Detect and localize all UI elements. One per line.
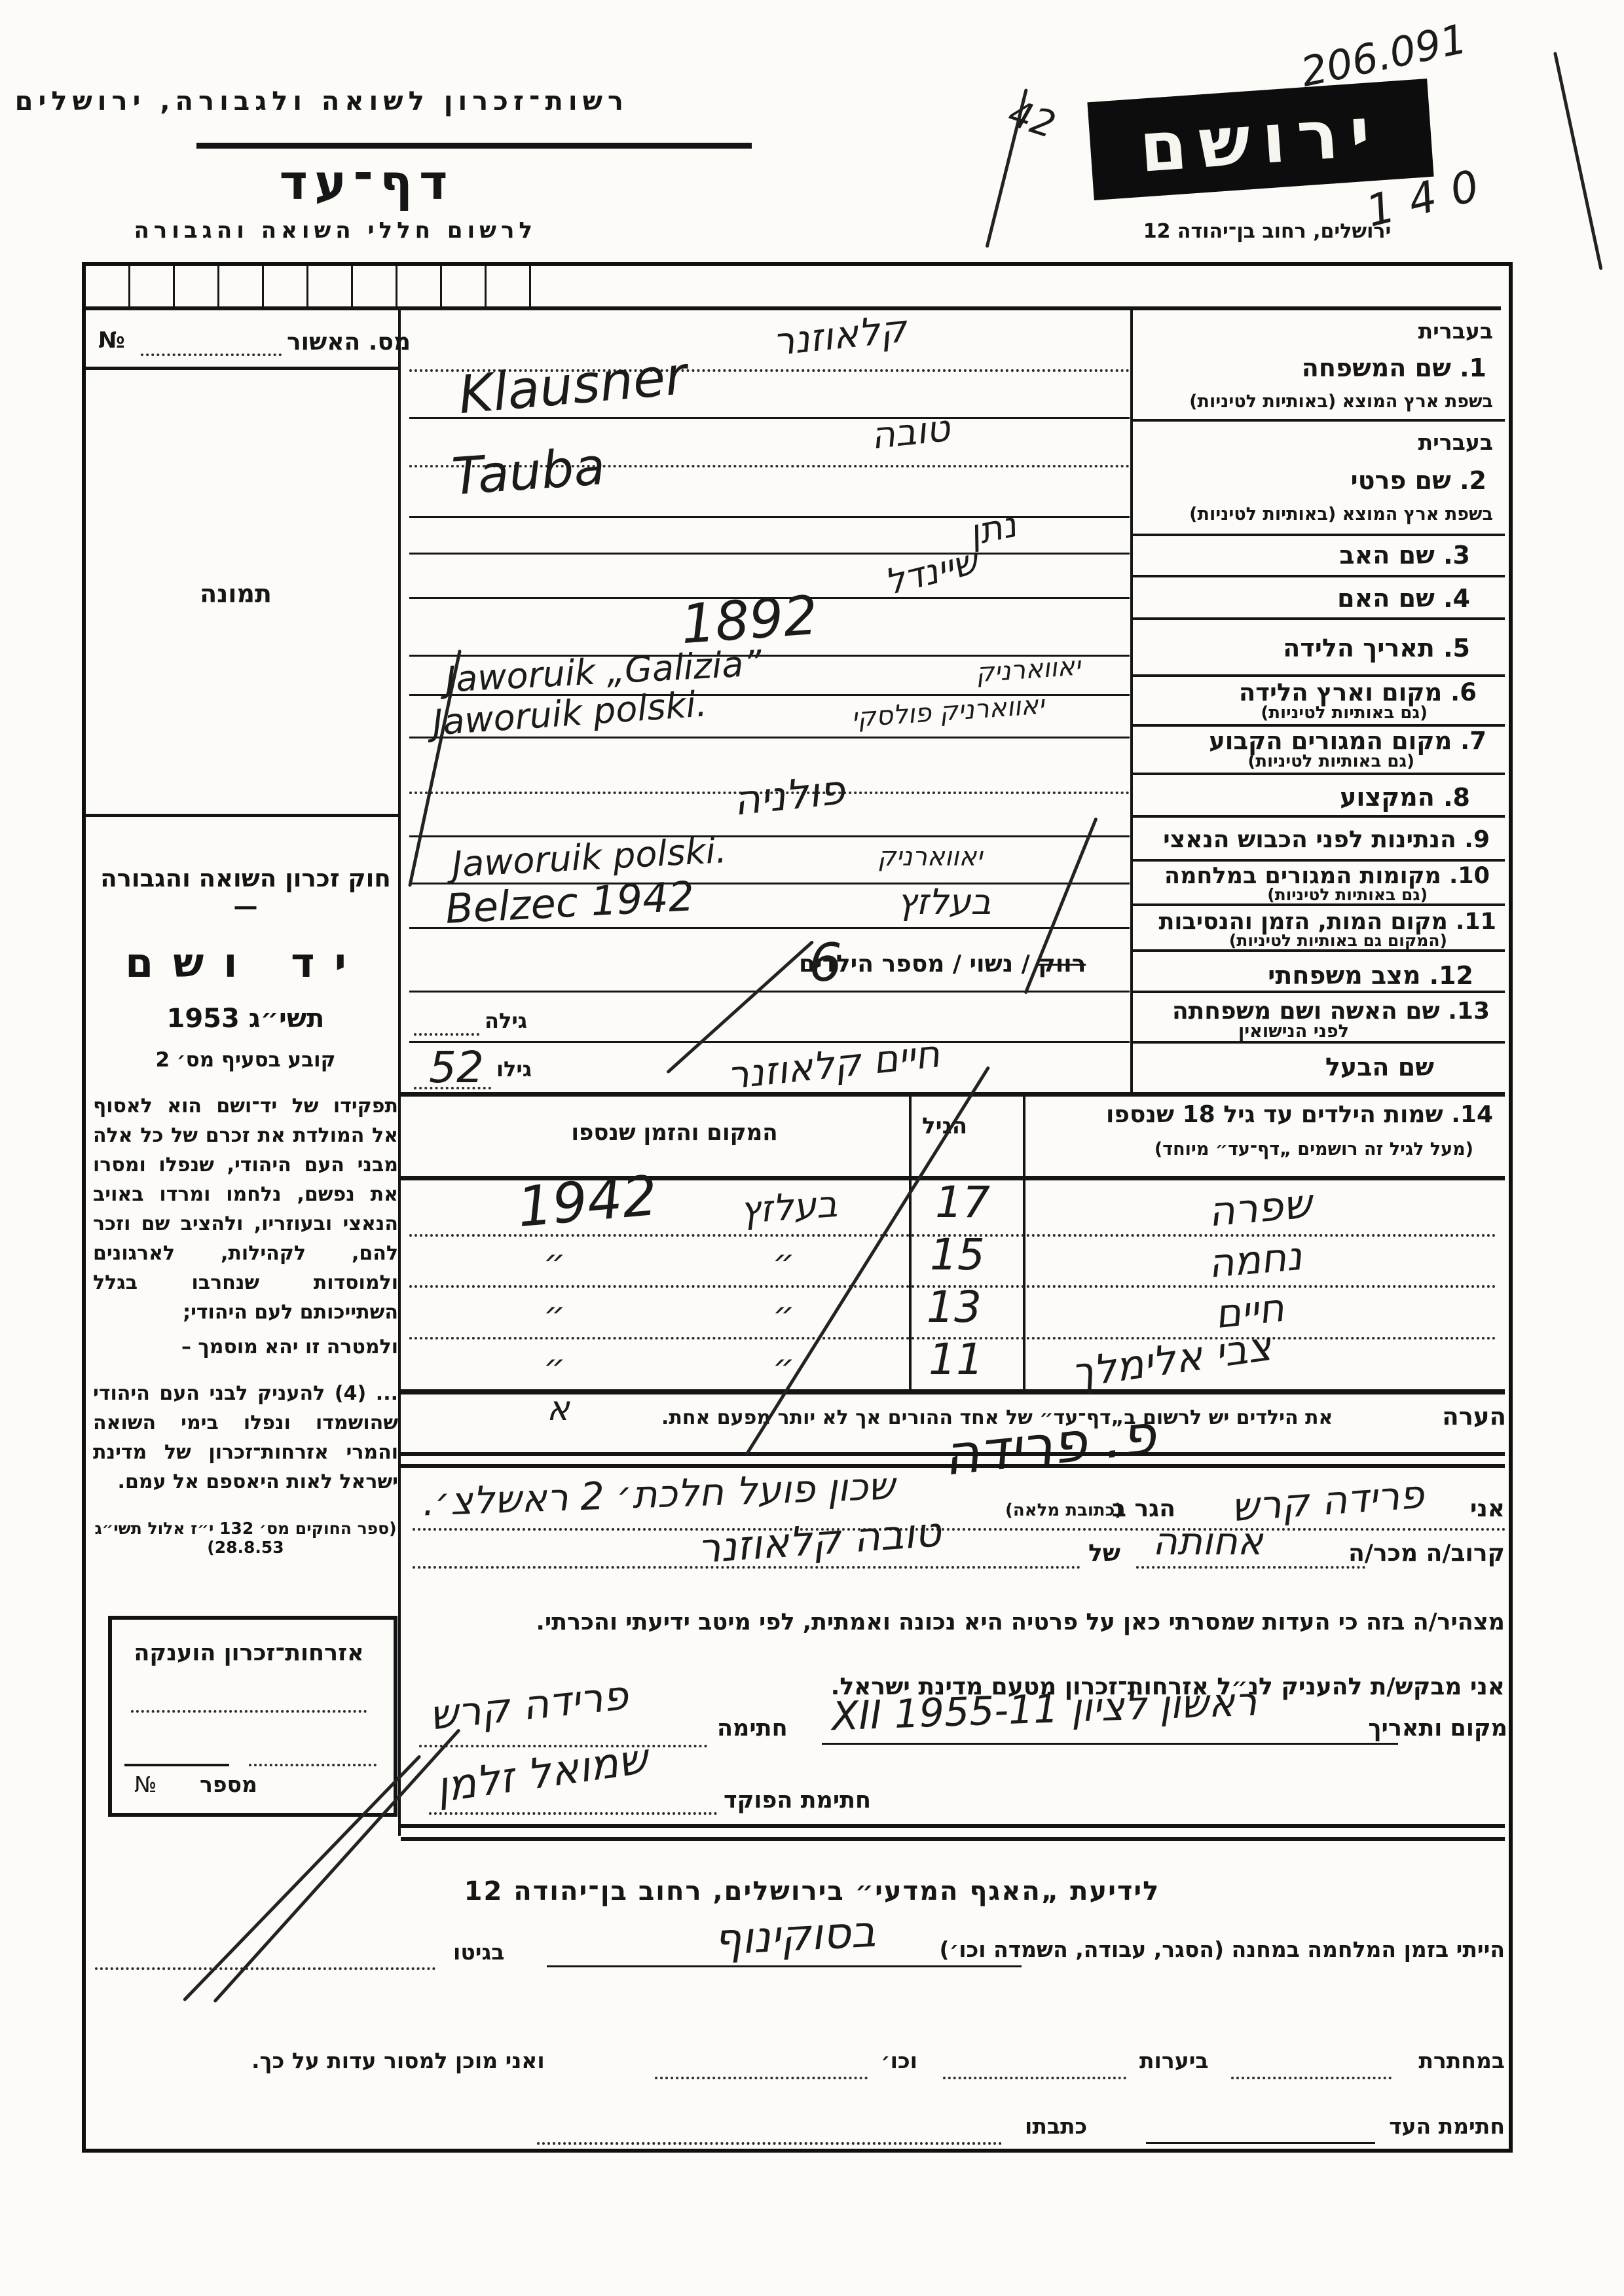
field-6-label: 6. מקום וארץ הלידה [1239, 678, 1477, 706]
photo-placeholder-label: תמונה [157, 579, 314, 608]
numero-sign: № [98, 327, 125, 354]
child-1-year: 1942 [515, 1163, 660, 1239]
child-1-place: בעלזץ [739, 1183, 839, 1232]
science-dept-title: לידיעת „האגף המדעי״ בירושלים, רחוב בן־יה… [354, 1876, 1270, 1906]
etc-label: וכו׳ [881, 2048, 917, 2073]
place-date-line [822, 1743, 1398, 1745]
underground-line [1231, 2077, 1392, 2079]
law-body-2: ולמטרה זו יהא מוסמך – [93, 1332, 398, 1362]
writing-line [409, 835, 1130, 837]
law-clause: קובע בסעיף מס׳ 2 [93, 1048, 398, 1072]
field-11-sublabel: (המקום גם באותיות לטיניות) [1229, 931, 1447, 950]
field-separator [1133, 859, 1505, 862]
writing-line [409, 991, 1130, 993]
citizenship-line [124, 1764, 229, 1766]
ghetto-line [95, 1967, 435, 1970]
strip-bottom-rule [86, 306, 1501, 310]
statement-text: מצהיר/ה בזה כי העדות שמסרתי כאן על פרטיה… [536, 1609, 1505, 1635]
law-year: תשי״ג 1953 [93, 1004, 398, 1034]
child-4-place-ditto: ״ [544, 1347, 566, 1387]
field-3-label: 3. שם האב [1339, 541, 1470, 570]
ghetto-label: בגיטו [453, 1939, 504, 1965]
children-count-hw: 6 [809, 932, 842, 993]
section-rule [401, 1824, 1505, 1828]
camp-line [547, 1965, 1022, 1967]
field-separator [1133, 419, 1505, 422]
husband-age-label: גילו [496, 1057, 532, 1082]
form-title: דף־עד [275, 155, 458, 211]
wife-age-line [414, 1033, 479, 1036]
header-rule [196, 143, 752, 149]
approval-number-label: מס. האשור [287, 329, 411, 355]
left-column-divider [398, 310, 401, 1836]
field-4-label: 4. שם האם [1337, 584, 1470, 613]
field-separator [1133, 815, 1505, 818]
children-table-subtitle: (מעל לגיל זה רושמים „דף־עד״ מיוחד) [1154, 1139, 1473, 1159]
approval-number-line [141, 354, 282, 356]
pen-stroke [986, 88, 1028, 248]
writing-line [409, 516, 1130, 518]
field-2-value-latin: Tauba [450, 437, 607, 507]
field-6-sublabel: (גם באותיות לטיניות) [1261, 703, 1428, 723]
child-2-place-ditto: ״ [544, 1243, 566, 1282]
official-signature-line [429, 1812, 717, 1815]
index-strip [86, 266, 531, 306]
citizenship-numero-sign: № [134, 1772, 157, 1797]
child-2-age: 15 [930, 1230, 985, 1280]
citizenship-title: אזרחות־זכרון הוענקה [121, 1640, 377, 1666]
field-separator [1133, 617, 1505, 620]
law-body-3: ... (4) להעניק לבני העם היהודי שהושמדו ו… [93, 1379, 398, 1497]
field-5-label: 5. תאריך הלידה [1283, 634, 1470, 663]
signature-label: חתימה [717, 1715, 788, 1741]
field-7-label: 7. מקום המגורים הקבוע [1209, 727, 1486, 755]
writing-line [409, 1041, 1130, 1043]
form-subtitle: לרשום חללי השואה והגבורה [203, 217, 537, 244]
field-1-label: 1. שם המשפחה [1302, 354, 1486, 382]
etc-line [655, 2077, 868, 2079]
camp-label: הייתי בזמן המלחמה במחנה (הסגר, עבודה, הש… [940, 1937, 1505, 1962]
child-3-place-ditto: ״ [773, 1295, 795, 1334]
field-13-label: 13. שם האשה ושם משפחתה [1172, 998, 1490, 1025]
witness-address-label: כתבתו [1025, 2113, 1087, 2139]
forests-label: ביערות [1139, 2048, 1209, 2073]
page-of-testimony-scan: רשות־זכרון לשואה ולגבורה, ירושלים דף־עד … [0, 0, 1624, 2296]
authority-title: רשות־זכרון לשואה ולגבורה, ירושלים [196, 86, 629, 117]
field-1-sublabel: בשפת ארץ המוצא (באותיות לטיניות) [1189, 392, 1493, 412]
declarant-i-label: אני [1470, 1495, 1505, 1522]
citizenship-line [249, 1764, 377, 1766]
citizenship-line [131, 1710, 367, 1713]
wife-age-label: גילה [485, 1008, 527, 1033]
option-single-struck: רווק [1038, 951, 1086, 977]
writing-line [409, 553, 1130, 555]
husband-name-label: שם הבעל [1325, 1053, 1434, 1082]
pen-stroke [1553, 52, 1603, 270]
declaration-line [413, 1566, 1080, 1569]
address-hint-label: (כתובת מלאה) [1005, 1501, 1122, 1520]
field-7-sublabel: (גם באותיות לטיניות) [1247, 752, 1414, 771]
child-2-place-ditto: ״ [773, 1243, 795, 1282]
photo-box-top-rule [86, 367, 398, 370]
relation-hw: אחותה [1153, 1519, 1263, 1563]
field-separator [1133, 534, 1505, 536]
field-2-sublabel: בשפת ארץ המוצא (באותיות לטיניות) [1189, 504, 1493, 524]
child-3-age: 13 [927, 1282, 982, 1332]
citizenship-number-label: מספר [200, 1772, 257, 1797]
field-1-hebrew-tag: בעברית [1418, 318, 1493, 344]
field-12-label: 12. מצב משפחתי [1268, 961, 1473, 990]
field-2-value-hebrew: טובה [869, 407, 952, 458]
section-rule [401, 1837, 1505, 1841]
child-1-name: שפרה [1206, 1179, 1314, 1236]
photo-box-bottom-rule [86, 814, 398, 817]
place-date-label: מקום ותאריך [1368, 1715, 1507, 1741]
forests-line [943, 2077, 1126, 2079]
field-8-label: 8. המקצוע [1340, 783, 1470, 812]
label-column-divider [1130, 310, 1133, 1092]
field-10-value-hebrew: יאווארניק [877, 842, 982, 872]
of-label: של [1088, 1540, 1120, 1567]
field-11-value-hebrew: בעלזץ [897, 881, 991, 922]
law-reference: (ספר החוקים מס׳ 132 י״ז אלול תשי״ג 28.8.… [93, 1519, 398, 1557]
field-separator [1133, 773, 1505, 775]
section-rule [401, 1464, 1505, 1468]
table-column-divider [1023, 1092, 1025, 1393]
field-2-label: 2. שם פרטי [1351, 466, 1487, 495]
field-13-sublabel: לפני הנישואין [1238, 1021, 1349, 1042]
table-top-rule [401, 1092, 1505, 1097]
law-title: חוק זכרון השואה והגבורה — [93, 864, 398, 920]
column-header-place: המקום והזמן שנספו [511, 1120, 838, 1146]
child-3-place-ditto: ״ [544, 1295, 566, 1334]
field-separator [1133, 575, 1505, 577]
field-2-hebrew-tag: בעברית [1418, 429, 1493, 455]
declaration-line [1136, 1566, 1365, 1569]
law-name: יד ושם [93, 939, 398, 987]
section-rule [401, 1452, 1505, 1456]
note-label: הערה [1442, 1402, 1506, 1430]
field-separator [1133, 674, 1505, 677]
witness-sig-line [1146, 2142, 1375, 2144]
law-excerpt-block: חוק זכרון השואה והגבורה — יד ושם תשי״ג 1… [93, 864, 398, 1557]
declaration-line [413, 1528, 1506, 1531]
child-1-age: 17 [935, 1177, 990, 1228]
field-9-label: 9. הנתינות לפני הכבוש הנאצי [1163, 826, 1490, 853]
field-separator [1133, 991, 1505, 993]
relation-label: קרוב/ה מכר/ה [1348, 1540, 1505, 1567]
field-10-sublabel: (גם באותיות לטיניות) [1267, 885, 1428, 904]
child-2-name: נחמה [1206, 1233, 1304, 1287]
children-table-title: 14. שמות הילדים עד גיל 18 שנספו [1106, 1101, 1493, 1128]
testify-label: ואני מוכן למסור עדות על כך. [251, 2048, 545, 2073]
underground-label: במחתרת [1418, 2048, 1505, 2073]
husband-age-hw: 52 [429, 1042, 484, 1093]
office-address: ירושלים, רחוב בן־יהודה 12 [1097, 220, 1437, 243]
law-body-1: תפקידו של יד־ושם הוא לאסוף אל המולדת את … [93, 1091, 398, 1327]
witness-address-line [537, 2142, 1002, 2145]
official-signature-label: חתימת הפוקד [724, 1787, 871, 1813]
child-4-age: 11 [929, 1334, 984, 1385]
table-column-divider [909, 1092, 912, 1393]
witness-sig-label: חתימת העד [1389, 2113, 1505, 2139]
camp-hw: בסוקינוף [712, 1906, 877, 1965]
note-ditto-hw: א [547, 1389, 570, 1429]
